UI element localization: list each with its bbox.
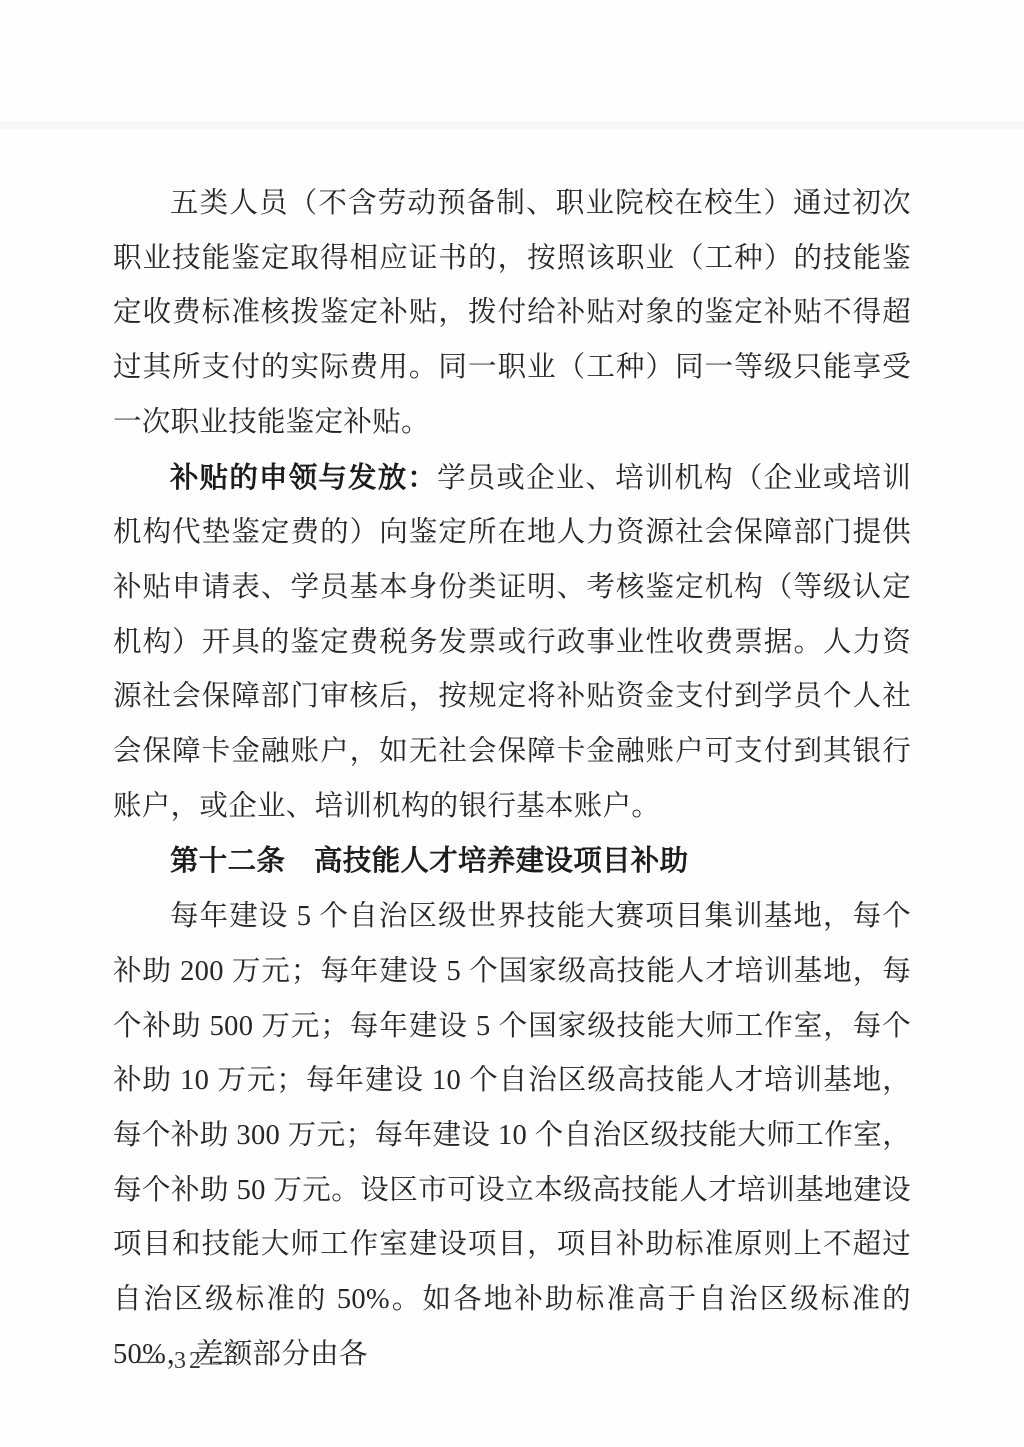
paragraph-construction-subsidy: 每年建设 5 个自治区级世界技能大赛项目集训基地，每个补助 200 万元；每年建… — [113, 890, 911, 1382]
document-page: { "document": { "paragraphs": [ { "name"… — [0, 0, 1024, 1447]
paragraph-appraisal-subsidy: 五类人员（不含劳动预备制、职业院校在校生）通过初次职业技能鉴定取得相应证书的，按… — [113, 177, 911, 451]
paragraph-text: 五类人员（不含劳动预备制、职业院校在校生）通过初次职业技能鉴定取得相应证书的，按… — [113, 188, 911, 438]
scan-artifact-band — [0, 121, 1024, 129]
paragraph-text: 每年建设 5 个自治区级世界技能大赛项目集训基地，每个补助 200 万元；每年建… — [113, 901, 911, 1370]
paragraph-subsidy-application: 补贴的申领与发放：学员或企业、培训机构（企业或培训机构代垫鉴定费的）向鉴定所在地… — [113, 451, 911, 835]
document-body: 五类人员（不含劳动预备制、职业院校在校生）通过初次职业技能鉴定取得相应证书的，按… — [113, 177, 911, 1382]
heading-text: 第十二条 高技能人才培养建设项目补助 — [170, 845, 688, 877]
heading-article-12: 第十二条 高技能人才培养建设项目补助 — [113, 834, 911, 890]
paragraph-lead-in-bold: 补贴的申领与发放： — [170, 462, 437, 494]
paragraph-text: 学员或企业、培训机构（企业或培训机构代垫鉴定费的）向鉴定所在地人力资源社会保障部… — [113, 463, 911, 822]
page-number: — 32 — — [138, 1348, 240, 1375]
